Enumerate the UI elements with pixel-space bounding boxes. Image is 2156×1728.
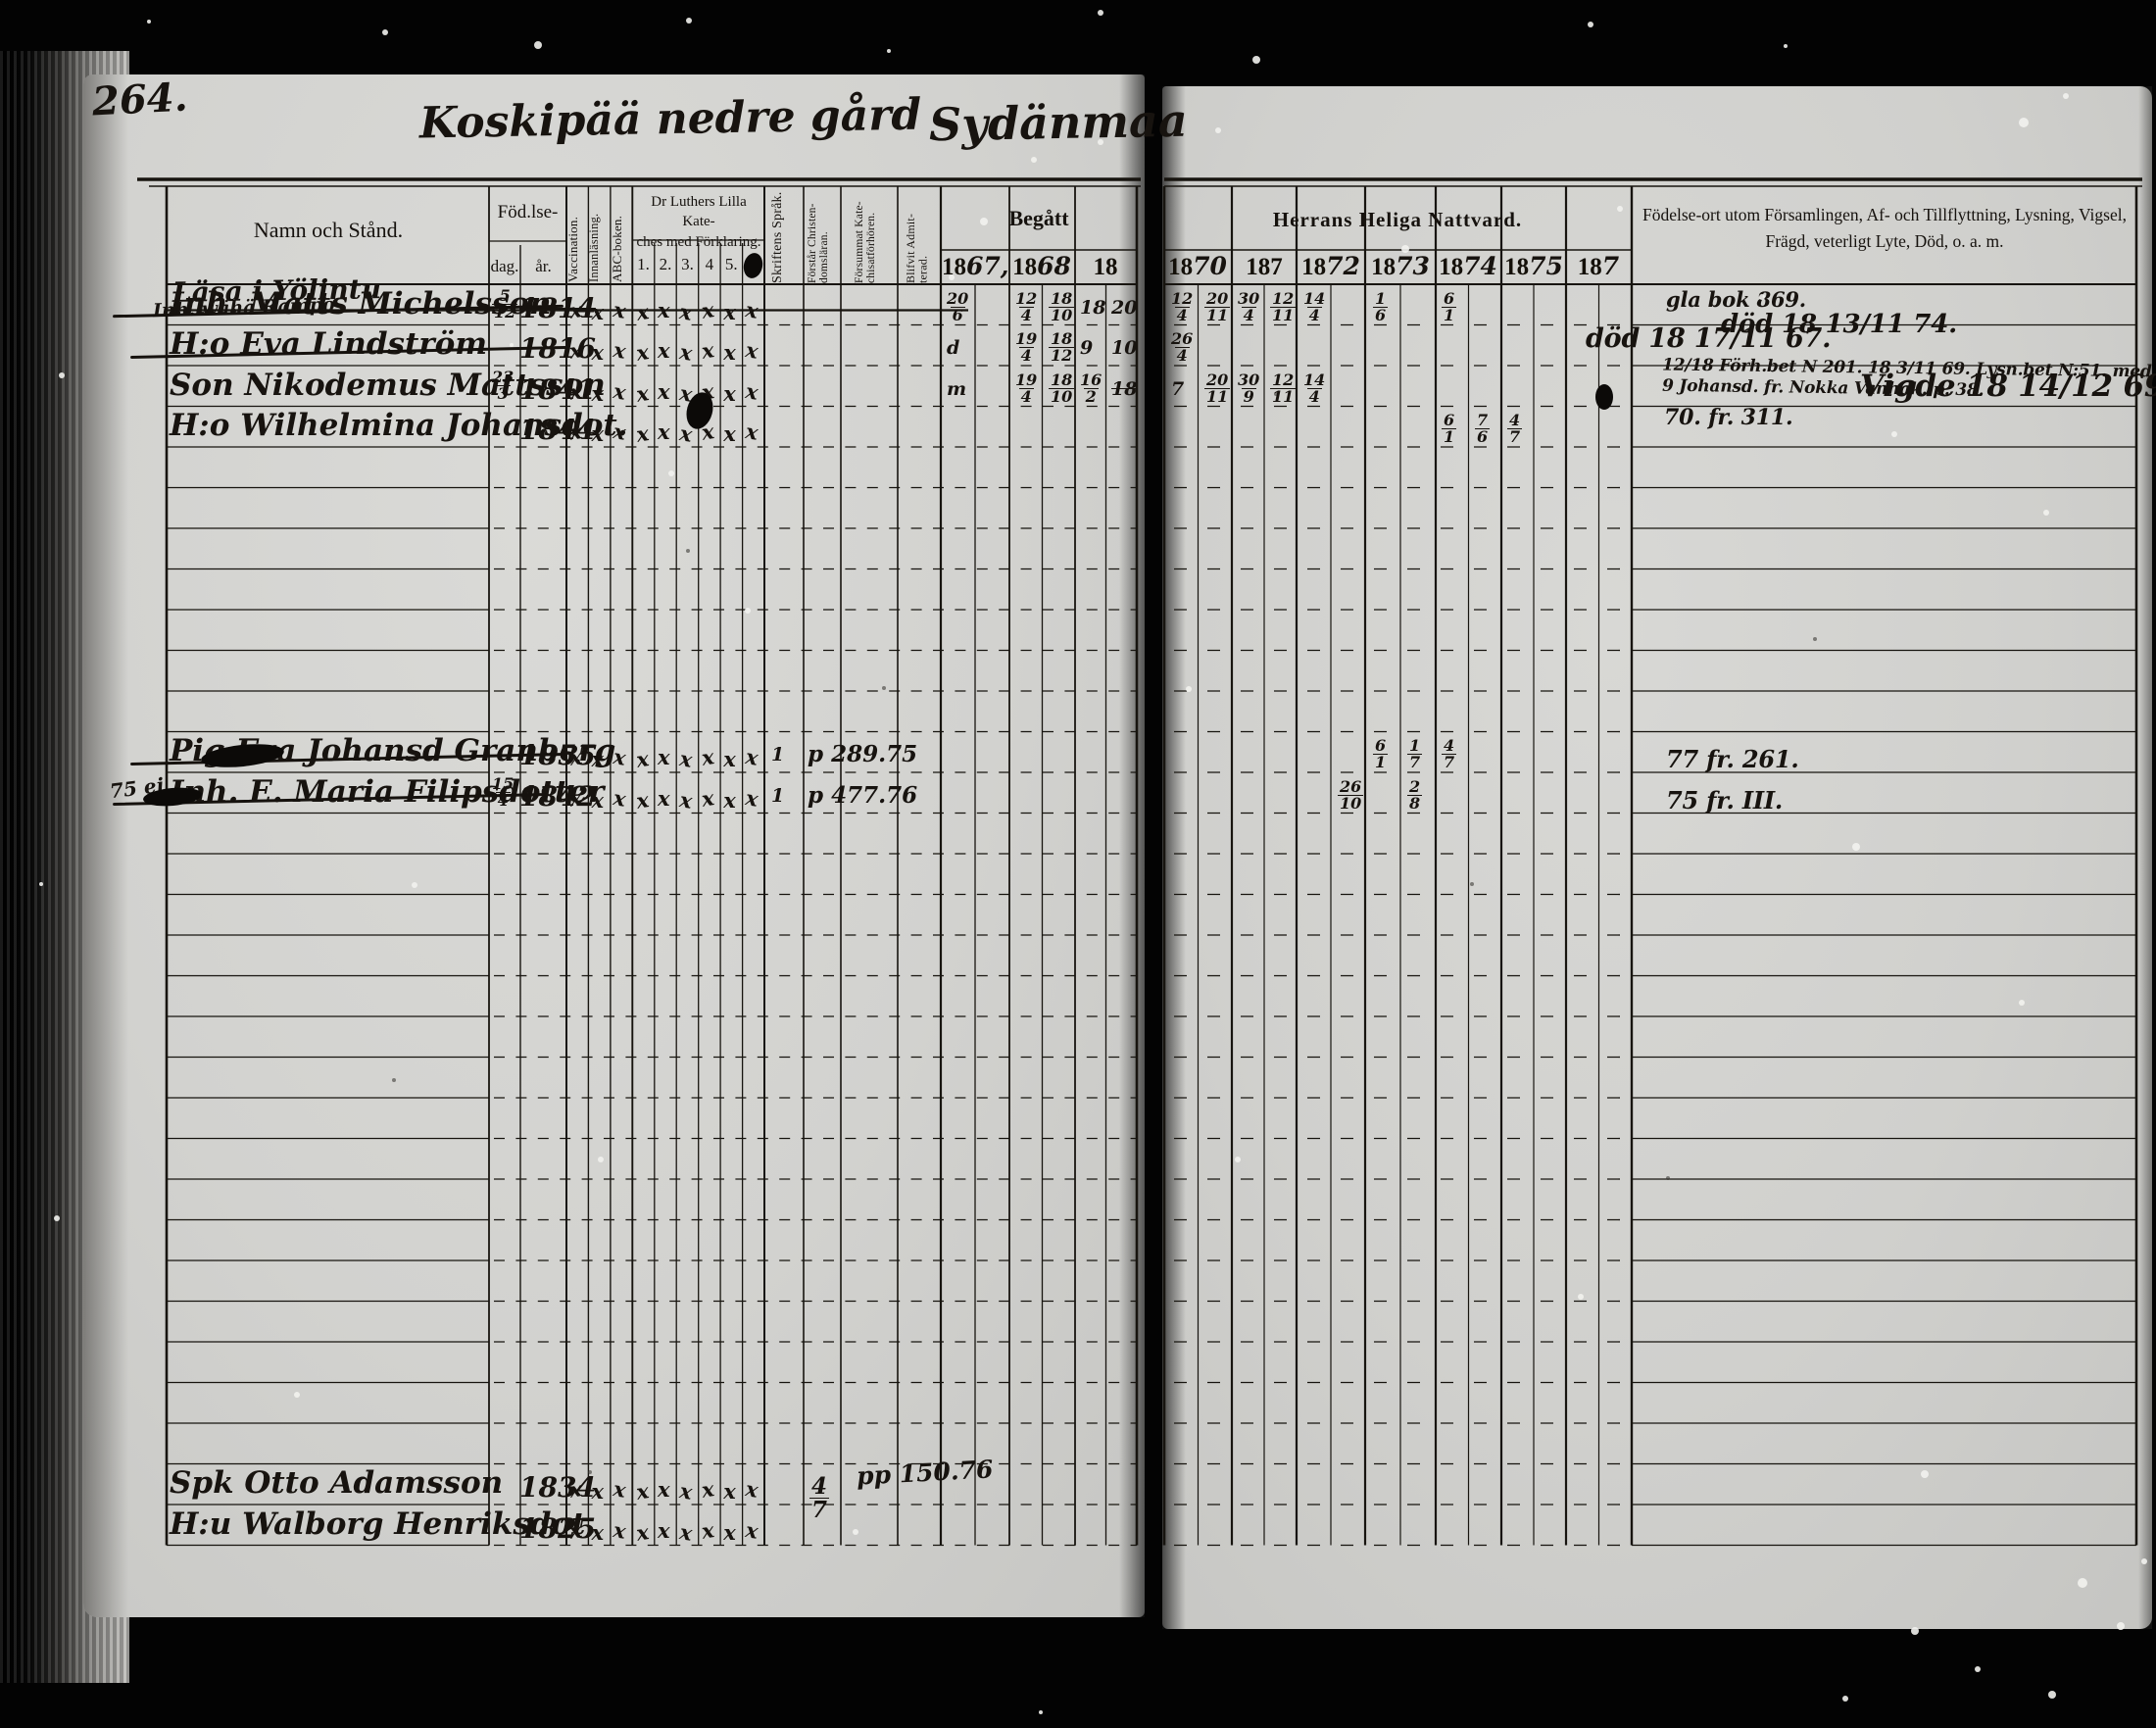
- dust-speck: [54, 1215, 60, 1221]
- check-mark: x: [592, 381, 605, 406]
- check-mark: x: [592, 300, 605, 324]
- dust-speck: [510, 343, 514, 347]
- dust-speck: [2043, 510, 2049, 516]
- ledger-mark: 1: [771, 785, 784, 807]
- communion-year-label: 187: [1565, 252, 1632, 281]
- ledger-mark: 144: [1303, 289, 1325, 323]
- dust-speck: [2078, 1578, 2087, 1588]
- dust-speck: [2019, 118, 2029, 127]
- ledger-mark: 206: [947, 289, 968, 323]
- dust-speck: [147, 20, 151, 24]
- catechism-col-number: 4: [698, 255, 721, 274]
- dust-speck: [59, 372, 65, 378]
- ledger-mark: 61: [1442, 411, 1456, 445]
- paper-speck: [1470, 882, 1474, 886]
- ledger-mark: p 477.76: [808, 782, 917, 809]
- entry-birth-day: 512: [492, 286, 517, 321]
- catechism-col-number: 5.: [719, 255, 743, 274]
- entry-name: Spk Otto Adamsson: [170, 1465, 503, 1501]
- check-mark: x: [723, 421, 736, 446]
- catechism-col-number: 2.: [654, 255, 677, 274]
- dust-speck: [1235, 1157, 1241, 1162]
- page-number: 264.: [91, 74, 189, 124]
- dust-speck: [1759, 294, 1765, 300]
- dust-speck: [1186, 686, 1192, 692]
- dust-speck: [598, 1157, 604, 1162]
- catechism-col-number: 3.: [676, 255, 700, 274]
- ledger-mark: 1: [771, 744, 784, 765]
- ledger-mark: 124: [1015, 289, 1037, 323]
- birth-year-header: år.: [520, 257, 566, 276]
- missed-examination-header: Försummat Kate- chisatförhören.: [854, 189, 885, 283]
- check-mark: x: [658, 338, 670, 363]
- ledger-mark: 124: [1171, 289, 1193, 323]
- check-mark: x: [723, 1520, 736, 1545]
- ledger-mark: 61: [1442, 289, 1456, 323]
- paper-speck: [392, 1078, 396, 1082]
- communion-year-label: 1872: [1298, 252, 1364, 281]
- margin-annotation: 77 fr. 261.: [1666, 745, 1798, 773]
- paper-speck: [686, 549, 690, 553]
- catechism-col-number: 1.: [632, 255, 656, 274]
- reading-header: Innanläsning.: [588, 189, 610, 282]
- entry-birth-day: 233: [492, 368, 514, 402]
- entry-birth-year: 1834: [519, 1471, 596, 1504]
- dust-speck: [1215, 127, 1221, 133]
- check-mark: x: [592, 788, 605, 813]
- margin-annotation: Vigde 18 14/12 69.: [1860, 369, 2156, 404]
- ledger-mark: 1810: [1049, 370, 1074, 405]
- dust-speck: [668, 470, 674, 476]
- check-mark: x: [592, 1520, 605, 1545]
- ledger-mark: p 289.75: [808, 741, 917, 767]
- check-mark: x: [723, 747, 736, 771]
- entry-birth-year: 1841: [519, 373, 596, 406]
- dust-speck: [1039, 1710, 1043, 1714]
- dust-speck: [853, 1529, 858, 1535]
- catechism-header: Dr Luthers Lilla Kate- ches med Förklari…: [633, 192, 764, 252]
- entry-birth-year: 1825: [519, 1512, 596, 1545]
- dust-speck: [686, 18, 692, 24]
- ledger-mark: 28: [1407, 777, 1422, 812]
- ledger-mark: 47: [1507, 411, 1522, 445]
- name-column-header: Namn och Stånd.: [176, 218, 480, 243]
- ledger-mark: 16: [1373, 289, 1388, 323]
- begatt-year-label: 1868: [1008, 252, 1075, 281]
- check-mark: x: [723, 788, 736, 813]
- check-mark: x: [723, 300, 736, 324]
- ledger-mark: 2011: [1204, 289, 1230, 323]
- check-mark: x: [592, 1479, 605, 1504]
- communion-year-label: 1874: [1435, 252, 1501, 281]
- ledger-mark: 7: [1171, 378, 1184, 400]
- check-mark: x: [658, 786, 670, 811]
- check-mark: x: [592, 747, 605, 771]
- understands-doctrine-header: Förstår Christen- domsläran.: [807, 189, 838, 283]
- dust-speck: [2117, 1622, 2125, 1630]
- ledger-mark: 1810: [1049, 289, 1074, 323]
- ledger-mark: d: [947, 337, 959, 359]
- ledger-mark: 144: [1303, 370, 1325, 405]
- ledger-mark: 47: [809, 1473, 829, 1521]
- ledger-mark: 47: [1442, 736, 1456, 770]
- entry-birth-day: 154: [492, 774, 514, 809]
- ledger-mark: 309: [1238, 370, 1259, 405]
- ledger-mark: 17: [1407, 736, 1422, 770]
- dust-speck: [1975, 1666, 1981, 1672]
- dust-speck: [949, 274, 955, 280]
- margin-annotation: 70. fr. 311.: [1664, 405, 1792, 430]
- abc-book-header: ABC-boken.: [611, 189, 632, 282]
- paper-speck: [1813, 637, 1817, 641]
- ledger-mark: 1211: [1270, 289, 1296, 323]
- ledger-mark: 1211: [1270, 370, 1296, 405]
- ledger-mark: 2011: [1204, 370, 1230, 405]
- dust-speck: [1891, 431, 1897, 437]
- dust-speck: [294, 1392, 300, 1398]
- farm-title-left: Koskipää nedre gård: [419, 90, 922, 149]
- communion-year-label: 1873: [1367, 252, 1434, 281]
- dust-speck: [1098, 10, 1103, 16]
- check-mark: x: [658, 420, 670, 444]
- entry-birth-year: 1844: [519, 414, 596, 446]
- dust-speck: [412, 882, 417, 888]
- ledger-mark: 10: [1111, 337, 1137, 359]
- dust-speck: [39, 882, 43, 886]
- dust-speck: [2048, 1691, 2056, 1699]
- birth-day-header: dag.: [488, 257, 521, 276]
- dust-speck: [1401, 245, 1409, 253]
- dust-speck: [1911, 1627, 1919, 1635]
- ledger-mark: 2610: [1338, 777, 1363, 812]
- check-mark: x: [658, 298, 670, 322]
- dust-speck: [2019, 1000, 2025, 1006]
- ledger-mark: 194: [1015, 329, 1037, 364]
- margin-annotation: död 18 17/11 67.: [1586, 323, 1831, 354]
- ledger-mark: 61: [1373, 736, 1388, 770]
- ledger-mark: 162: [1080, 370, 1102, 405]
- ledger-mark: 194: [1015, 370, 1037, 405]
- dust-speck: [2063, 93, 2069, 99]
- check-mark: x: [658, 1477, 670, 1502]
- check-mark: x: [723, 340, 736, 365]
- dust-speck: [1852, 843, 1860, 851]
- dust-speck: [534, 41, 542, 49]
- check-mark: x: [723, 1479, 736, 1504]
- dust-speck: [382, 29, 388, 35]
- ledger-mark: 76: [1475, 411, 1490, 445]
- paper-speck: [882, 686, 886, 690]
- ledger-mark: 18: [1080, 297, 1105, 319]
- dust-speck: [1842, 1696, 1848, 1702]
- check-mark: x: [658, 745, 670, 769]
- dust-speck: [1252, 56, 1260, 64]
- communion-year-label: 1875: [1500, 252, 1567, 281]
- communion-year-label: 1870: [1164, 252, 1231, 281]
- dust-speck: [1588, 22, 1593, 27]
- margin-annotation: 75 fr. III.: [1666, 786, 1783, 815]
- dust-speck: [1098, 139, 1103, 145]
- dust-speck: [1784, 44, 1788, 48]
- paper-speck: [1666, 1176, 1670, 1180]
- dust-speck: [887, 49, 891, 53]
- scanned-parish-ledger: 264. Koskipää nedre gård Sydänmaa Namn o…: [0, 0, 2156, 1728]
- ledger-mark: m: [947, 378, 966, 400]
- check-mark: x: [592, 340, 605, 365]
- dust-speck: [1031, 157, 1037, 163]
- dust-speck: [1921, 1470, 1929, 1478]
- village-title-right: Sydänmaa: [929, 94, 1189, 152]
- ledger-mark: 20: [1111, 297, 1137, 319]
- check-mark: x: [723, 381, 736, 406]
- notes-column-header: Födelse-ort utom Församlingen, Af- och T…: [1639, 202, 2131, 255]
- margin-annotation: gla bok 869.: [1666, 287, 1806, 312]
- ledger-mark: 9: [1080, 337, 1093, 359]
- ledger-mark: 1812: [1049, 329, 1074, 364]
- dust-speck: [2141, 1558, 2147, 1564]
- dust-speck: [745, 608, 751, 614]
- dust-speck: [1617, 206, 1623, 212]
- birth-column-header: Föd.lse-: [489, 202, 566, 223]
- dust-speck: [1578, 1294, 1584, 1300]
- communion-header: Herrans Heliga Nattvard.: [1201, 208, 1593, 232]
- vaccination-header: Vaccination.: [566, 189, 588, 282]
- communion-year-label: 187: [1231, 252, 1298, 281]
- script-language-header: Skriftens Språk.: [771, 189, 797, 283]
- ledger-mark: 18: [1111, 378, 1137, 400]
- check-mark: x: [658, 379, 670, 404]
- check-mark: x: [592, 421, 605, 446]
- dust-speck: [980, 218, 988, 225]
- check-mark: x: [658, 1518, 670, 1543]
- admitted-header: Blifvit Admit- terad.: [905, 189, 934, 283]
- ink-blot: [1595, 384, 1613, 410]
- begatt-year-label: 18: [1072, 252, 1139, 281]
- ledger-mark: 304: [1238, 289, 1259, 323]
- ledger-mark: 264: [1171, 329, 1193, 364]
